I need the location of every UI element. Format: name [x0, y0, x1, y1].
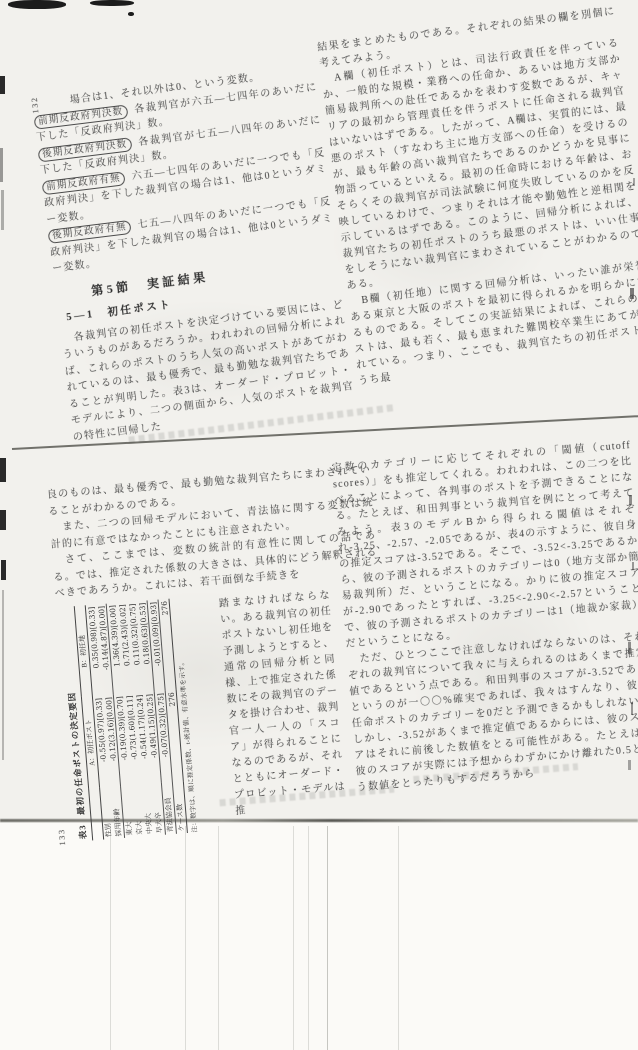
- edge-speck: [633, 178, 635, 186]
- edge-speck: [628, 760, 631, 770]
- bottom-right-text-column: 定数のカテゴリーに応じてそれぞれの「閾値（cutoff scores）」をも推定…: [331, 438, 638, 797]
- gutter-mark: [0, 76, 5, 94]
- edge-speck: [629, 495, 632, 505]
- paper-streak: [110, 826, 111, 1050]
- rotated-regression-table: 表3 最初の任命ポストの決定要因 A：初任ポスト B：初任地 性別 -0.55(…: [59, 596, 227, 842]
- scanned-book-spread: { "palette":{"paper":"#f2f1ed","paper_wh…: [0, 0, 638, 1050]
- paper-streak: [327, 826, 328, 1050]
- variable-definitions-column: 場合は1、それ以外は0、という変数。 前期反政府判決数各裁判官が六五―七四年のあ…: [31, 63, 357, 446]
- gutter-mark: [1, 190, 4, 230]
- paper-streak: [398, 826, 399, 1050]
- gutter-mark: [0, 510, 6, 530]
- scan-smudge: [90, 0, 134, 6]
- paper-streak: [218, 826, 219, 1050]
- scan-sheet-top: 場合は1、それ以外は0、という変数。 前期反政府判決数各裁判官が六五―七四年のあ…: [0, 0, 638, 493]
- scan-smudge: [8, 0, 66, 9]
- results-table: A：初任ポスト B：初任地 性別 -0.55(0.97)[0.33] 0.35(…: [74, 599, 188, 841]
- paper-streak: [308, 826, 309, 1050]
- top-right-text-column: 結果をまとめたものである。それぞれの結果の欄を別個に考えてみよう。 A欄（初任ポ…: [317, 4, 638, 390]
- narrow-middle-column: 踏まなければならない。ある裁判官の初任ポストないし初任地を予測しようとすると、通…: [218, 588, 347, 820]
- body-paragraph: A欄（初任ポスト）とは、司法行政責任を伴っているか、一般的な規模・業務への任命か…: [320, 36, 638, 295]
- edge-speck: [630, 288, 634, 299]
- scan-sheet-bottom: 良のものは、最も優秀で、最も勤勉な裁判官たちにまわされていることがわかるのである…: [0, 435, 638, 865]
- body-paragraph: 踏まなければならない。ある裁判官の初任ポストないし初任地を予測しようとすると、通…: [218, 588, 347, 820]
- page-number: 132: [29, 96, 41, 114]
- paper-streak: [293, 826, 294, 1050]
- edge-speck: [628, 642, 631, 654]
- body-paragraph: 定数のカテゴリーに応じてそれぞれの「閾値（cutoff scores）」をも推定…: [331, 438, 638, 653]
- edge-speck: [631, 702, 633, 715]
- gutter-mark: [0, 458, 6, 482]
- edge-speck: [632, 562, 634, 570]
- gutter-mark: [2, 590, 4, 760]
- gutter-mark: [0, 148, 3, 182]
- page-number: 133: [56, 828, 67, 846]
- bottom-left-text-column: 良のものは、最も優秀で、最も勤勉な裁判官たちにまわされていることがわかるのである…: [46, 462, 379, 603]
- gutter-mark: [1, 560, 6, 580]
- scan-smudge: [128, 12, 134, 16]
- paper-streak: [185, 826, 186, 1050]
